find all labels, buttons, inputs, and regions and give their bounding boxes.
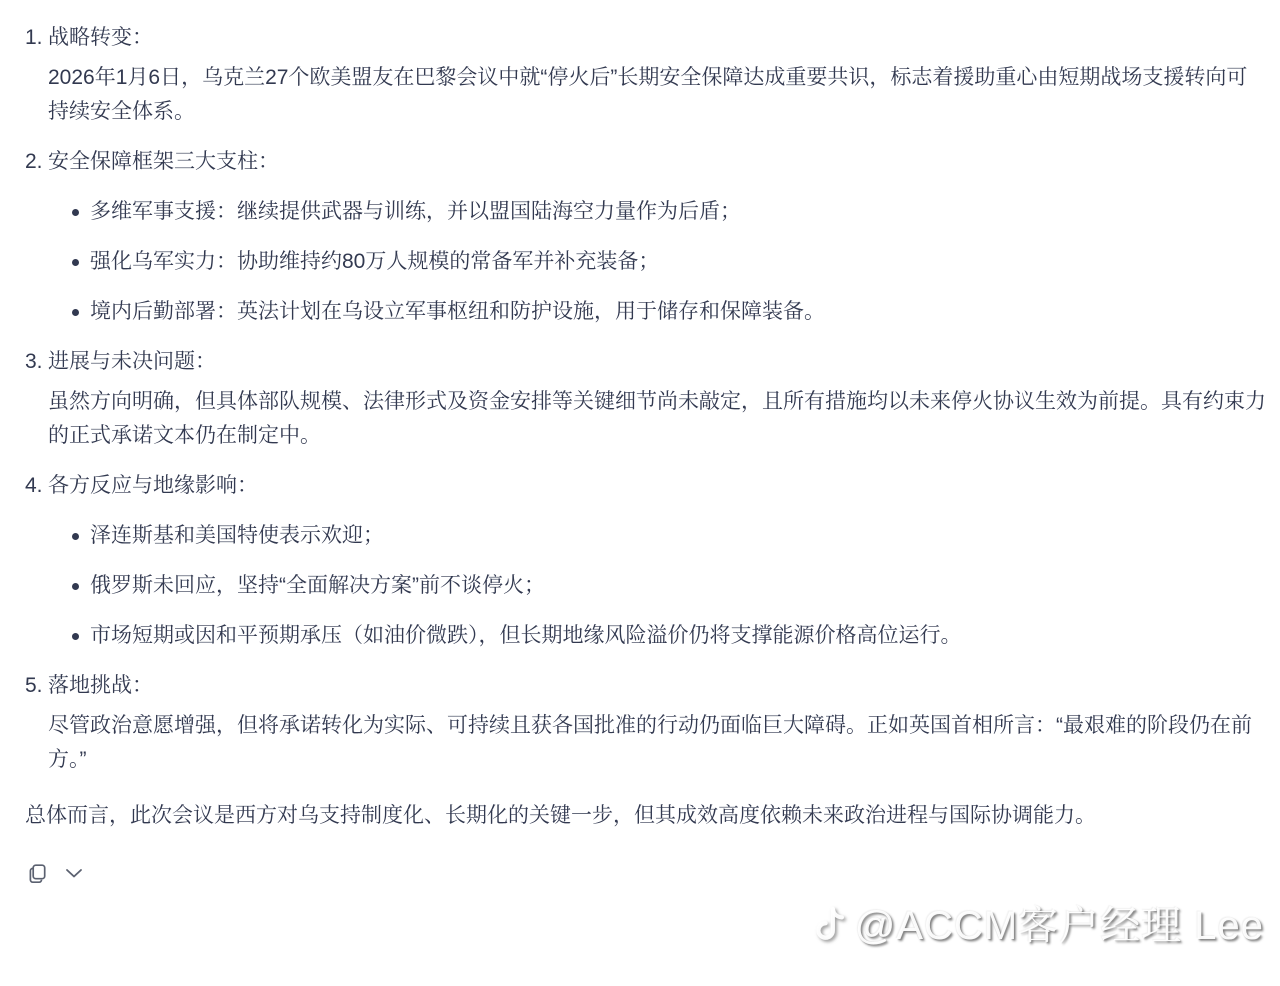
bullet-text: 泽连斯基和美国特使表示欢迎； xyxy=(90,519,1266,553)
bullet-text: 俄罗斯未回应，坚持“全面解决方案”前不谈停火； xyxy=(90,569,1266,603)
bullet-text: 强化乌军实力：协助维持约80万人规模的常备军并补充装备； xyxy=(90,245,1266,279)
copy-button[interactable] xyxy=(25,861,49,885)
list-item-title: 安全保障框架三大支柱： xyxy=(48,145,1266,179)
bullet-dot xyxy=(72,533,79,540)
bullet-item: 市场短期或因和平预期承压（如油价微跌），但长期地缘风险溢价仍将支撑能源价格高位运… xyxy=(48,619,1266,653)
douyin-note-logo-icon xyxy=(813,904,847,948)
bullet-item: 强化乌军实力：协助维持约80万人规模的常备军并补充装备； xyxy=(48,245,1266,279)
list-item-body: 安全保障框架三大支柱： 多维军事支援：继续提供武器与训练，并以盟国陆海空力量作为… xyxy=(48,145,1266,329)
list-number: 3. xyxy=(25,345,48,453)
message-actions xyxy=(25,861,1266,885)
list-item-title: 进展与未决问题： xyxy=(48,345,1266,379)
bullet-item: 泽连斯基和美国特使表示欢迎； xyxy=(48,519,1266,553)
list-item-body: 各方反应与地缘影响： 泽连斯基和美国特使表示欢迎； 俄罗斯未回应，坚持“全面解决… xyxy=(48,469,1266,653)
chevron-down-icon xyxy=(65,867,83,879)
response-content: 1. 战略转变： 2026年1月6日，乌克兰27个欧美盟友在巴黎会议中就“停火后… xyxy=(0,0,1280,885)
list-item-title: 各方反应与地缘影响： xyxy=(48,469,1266,503)
list-number: 4. xyxy=(25,469,48,653)
list-item-title: 落地挑战： xyxy=(48,669,1266,703)
collapse-button[interactable] xyxy=(62,861,86,885)
copy-icon xyxy=(27,863,48,884)
list-number: 2. xyxy=(25,145,48,329)
list-number: 1. xyxy=(25,21,48,129)
list-item-3: 3. 进展与未决问题： 虽然方向明确，但具体部队规模、法律形式及资金安排等关键细… xyxy=(25,345,1266,453)
bullet-dot xyxy=(72,583,79,590)
bullet-dot xyxy=(72,309,79,316)
bullet-item: 俄罗斯未回应，坚持“全面解决方案”前不谈停火； xyxy=(48,569,1266,603)
list-item-5: 5. 落地挑战： 尽管政治意愿增强，但将承诺转化为实际、可持续且获各国批准的行动… xyxy=(25,669,1266,777)
list-item-title: 战略转变： xyxy=(48,21,1266,55)
watermark-handle: @ACCM客户经理 Lee xyxy=(855,898,1264,954)
bullet-item: 多维军事支援：继续提供武器与训练，并以盟国陆海空力量作为后盾； xyxy=(48,195,1266,229)
bullet-list: 多维军事支援：继续提供武器与训练，并以盟国陆海空力量作为后盾； 强化乌军实力：协… xyxy=(48,195,1266,329)
list-item-body: 落地挑战： 尽管政治意愿增强，但将承诺转化为实际、可持续且获各国批准的行动仍面临… xyxy=(48,669,1266,777)
list-item-paragraph: 尽管政治意愿增强，但将承诺转化为实际、可持续且获各国批准的行动仍面临巨大障碍。正… xyxy=(48,709,1266,777)
list-item-2: 2. 安全保障框架三大支柱： 多维军事支援：继续提供武器与训练，并以盟国陆海空力… xyxy=(25,145,1266,329)
list-item-body: 战略转变： 2026年1月6日，乌克兰27个欧美盟友在巴黎会议中就“停火后”长期… xyxy=(48,21,1266,129)
list-number: 5. xyxy=(25,669,48,777)
list-item-paragraph: 2026年1月6日，乌克兰27个欧美盟友在巴黎会议中就“停火后”长期安全保障达成… xyxy=(48,61,1266,129)
list-item-body: 进展与未决问题： 虽然方向明确，但具体部队规模、法律形式及资金安排等关键细节尚未… xyxy=(48,345,1266,453)
bullet-dot xyxy=(72,633,79,640)
list-item-paragraph: 虽然方向明确，但具体部队规模、法律形式及资金安排等关键细节尚未敲定，且所有措施均… xyxy=(48,385,1266,453)
closing-paragraph: 总体而言，此次会议是西方对乌支持制度化、长期化的关键一步，但其成效高度依赖未来政… xyxy=(25,799,1266,833)
bullet-dot xyxy=(72,259,79,266)
list-item-1: 1. 战略转变： 2026年1月6日，乌克兰27个欧美盟友在巴黎会议中就“停火后… xyxy=(25,21,1266,129)
bullet-item: 境内后勤部署：英法计划在乌设立军事枢纽和防护设施，用于储存和保障装备。 xyxy=(48,295,1266,329)
list-item-4: 4. 各方反应与地缘影响： 泽连斯基和美国特使表示欢迎； 俄罗斯未回应，坚持“全… xyxy=(25,469,1266,653)
bullet-text: 市场短期或因和平预期承压（如油价微跌），但长期地缘风险溢价仍将支撑能源价格高位运… xyxy=(90,619,1266,653)
watermark: @ACCM客户经理 Lee xyxy=(813,898,1264,954)
bullet-dot xyxy=(72,209,79,216)
bullet-text: 境内后勤部署：英法计划在乌设立军事枢纽和防护设施，用于储存和保障装备。 xyxy=(90,295,1266,329)
bullet-text: 多维军事支援：继续提供武器与训练，并以盟国陆海空力量作为后盾； xyxy=(90,195,1266,229)
bullet-list: 泽连斯基和美国特使表示欢迎； 俄罗斯未回应，坚持“全面解决方案”前不谈停火； 市… xyxy=(48,519,1266,653)
